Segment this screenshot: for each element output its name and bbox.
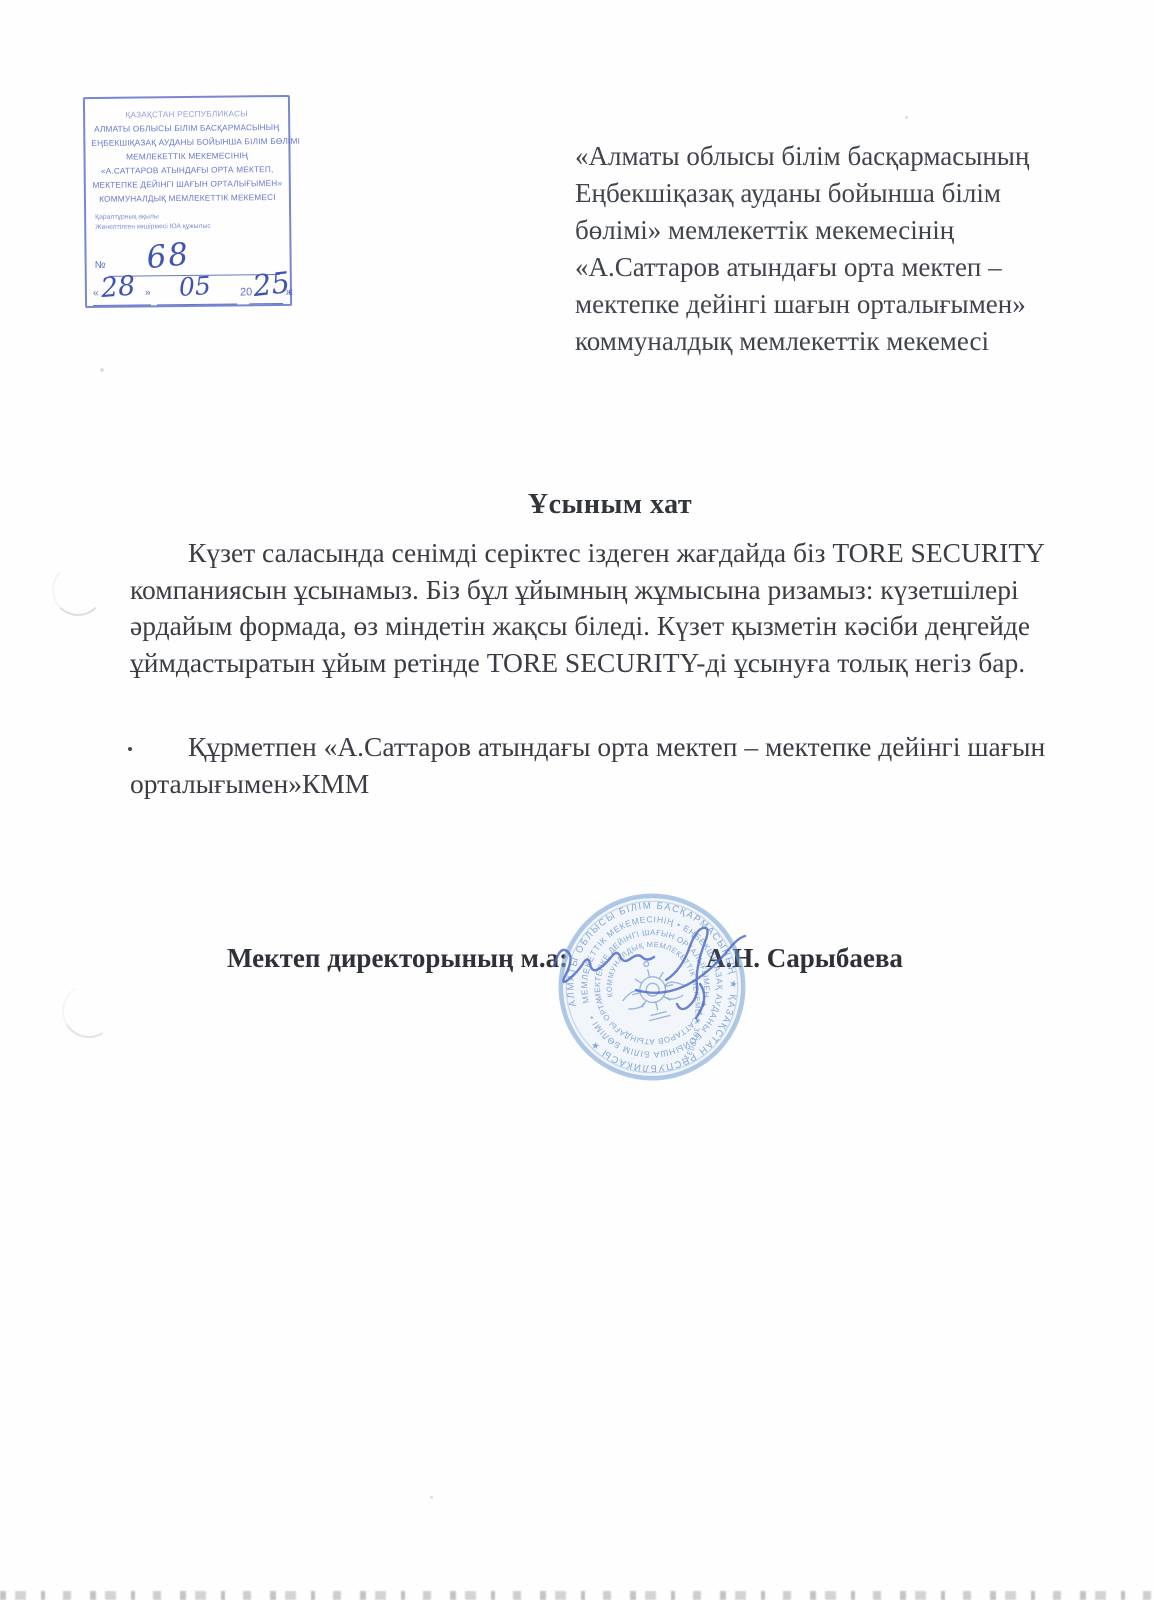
scan-speck bbox=[430, 1496, 433, 1499]
stamp-date-century: 20 bbox=[240, 286, 252, 298]
stamp-date-open-quote: « bbox=[93, 288, 99, 299]
body-line: әрдайым формада, өз міндетін жақсы білед… bbox=[130, 608, 1040, 645]
stamp-org-line: КОММУНАЛДЫҚ МЕМЛЕКЕТТІК МЕКЕМЕСІ bbox=[92, 190, 283, 205]
stamp-date-close-quote: » bbox=[145, 287, 151, 298]
stamp-number-handwritten: 68 bbox=[145, 236, 192, 276]
letter-title: Ұсыным хат bbox=[190, 489, 1030, 521]
stamp-org-line: МЕМЛЕКЕТТІК МЕКЕМЕСІНІҢ bbox=[91, 148, 282, 163]
stamp-org-line: ЕҢБЕКШІҚАЗАҚ АУДАНЫ БОЙЫНША БІЛІМ БӨЛІМІ bbox=[91, 134, 282, 149]
stamp-date-underline bbox=[93, 304, 151, 306]
stamp-org-line: ҚАЗАҚСТАН РЕСПУБЛИКАСЫ bbox=[91, 106, 282, 121]
stamp-date-row: « 28 » 05 20 25 ж bbox=[93, 273, 284, 301]
stamp-org-line: МЕКТЕПКЕ ДЕЙІНГІ ШАҒЫН ОРТАЛЫҒЫМЕН» bbox=[92, 176, 283, 191]
stamp-notes: Қаралтұрнық ақылы Жөнелтілген көшірмесі … bbox=[95, 212, 211, 232]
hole-punch-shadow bbox=[52, 564, 104, 616]
signature-role-label: Мектеп директорының м.а: bbox=[227, 943, 568, 974]
letterhead-line: «А.Саттаров атындағы орта мектеп – bbox=[575, 249, 1045, 286]
scanned-letter-page: ҚАЗАҚСТАН РЕСПУБЛИКАСЫ АЛМАТЫ ОБЛЫСЫ БІЛ… bbox=[0, 0, 1154, 1600]
stamp-date-month-handwritten: 05 bbox=[178, 271, 212, 302]
stamp-org-line: «А.САТТАРОВ АТЫНДАҒЫ ОРТА МЕКТЕП, bbox=[92, 162, 283, 177]
scan-speck bbox=[100, 368, 104, 372]
body-line: Күзет саласында сенімді серіктес іздеген… bbox=[130, 535, 1040, 572]
body-line: Құрметпен «А.Саттаров атындағы орта мект… bbox=[130, 729, 1040, 766]
letterhead-line: коммуналдық мемлекеттік мекемесі bbox=[575, 323, 1045, 360]
paragraph-1: Күзет саласында сенімді серіктес іздеген… bbox=[130, 535, 1040, 681]
stamp-date-underline bbox=[249, 303, 283, 304]
letterhead-line: бөлімі» мемлекеттік мекемесінің bbox=[575, 212, 1045, 249]
stamp-org-line: АЛМАТЫ ОБЛЫСЫ БІЛІМ БАСҚАРМАСЫНЫҢ bbox=[91, 120, 282, 135]
scan-speck bbox=[905, 116, 908, 119]
stamp-date-suffix: ж bbox=[286, 287, 293, 298]
stamp-org-block: ҚАЗАҚСТАН РЕСПУБЛИКАСЫ АЛМАТЫ ОБЛЫСЫ БІЛ… bbox=[87, 106, 287, 206]
stamp-date-day-handwritten: 28 bbox=[100, 270, 137, 304]
stamp-date-underline bbox=[157, 303, 237, 305]
paragraph-2: Құрметпен «А.Саттаров атындағы орта мект… bbox=[130, 729, 1040, 802]
letterhead-line: мектепке дейінгі шағын орталығымен» bbox=[575, 286, 1045, 323]
body-line: ұймдастыратын ұйым ретінде TORE SECURITY… bbox=[130, 645, 1040, 682]
body-line: компаниясын ұсынамыз. Біз бұл ұйымның жұ… bbox=[130, 572, 1040, 609]
stamp-number-label: № bbox=[95, 260, 106, 271]
handwritten-signature bbox=[540, 888, 775, 1043]
scan-edge-noise bbox=[0, 1591, 1154, 1600]
letterhead-org-block: «Алматы облысы білім басқармасының Еңбек… bbox=[575, 138, 1045, 360]
hole-punch-shadow bbox=[56, 978, 121, 1043]
letterhead-line: «Алматы облысы білім басқармасының bbox=[575, 138, 1045, 175]
letterhead-line: Еңбекшіқазақ ауданы бойынша білім bbox=[575, 175, 1045, 212]
registration-stamp: ҚАЗАҚСТАН РЕСПУБЛИКАСЫ АЛМАТЫ ОБЛЫСЫ БІЛ… bbox=[83, 95, 292, 308]
body-line: орталығымен»КММ bbox=[130, 766, 1040, 803]
